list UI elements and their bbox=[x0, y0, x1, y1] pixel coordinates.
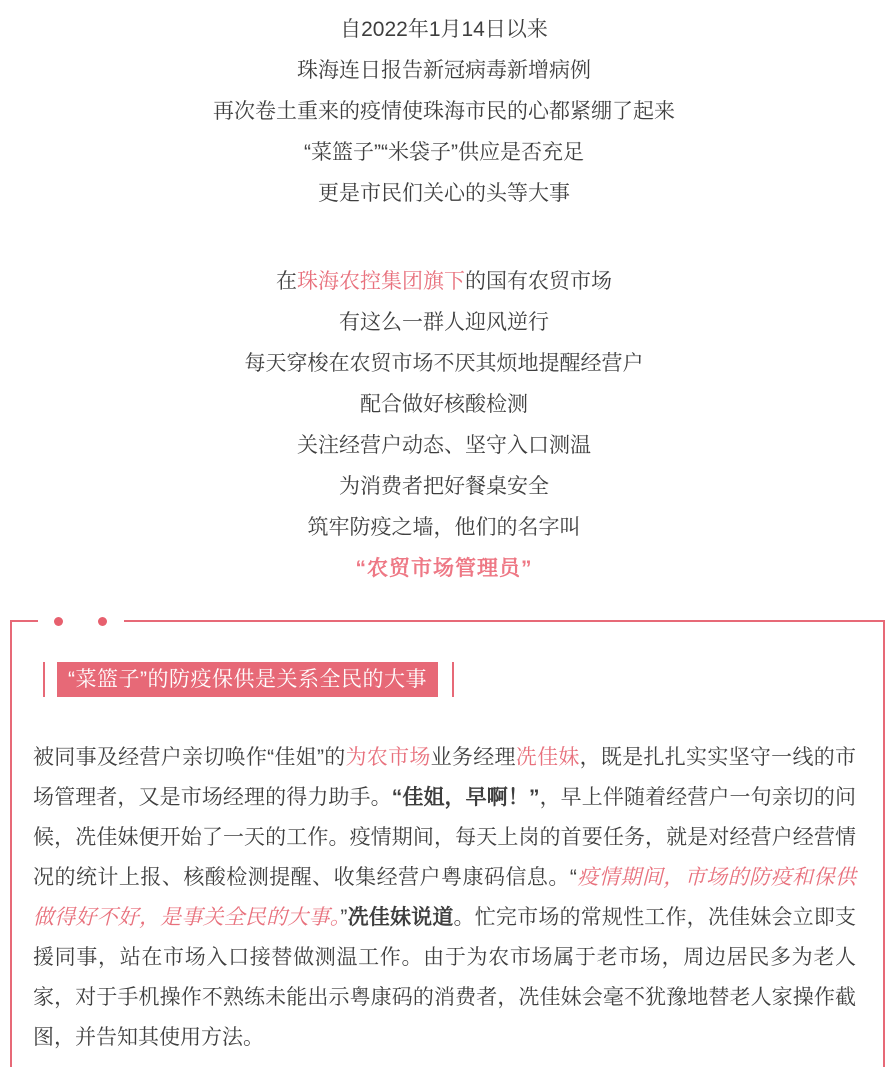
intro-block-2: 在珠海农控集团旗下的国有农贸市场 有这么一群人迎风逆行每天穿梭在农贸市场不厌其烦… bbox=[0, 261, 888, 589]
text-segment-normal: 的国有农贸市场 bbox=[465, 270, 612, 293]
framed-section: “菜篮子”的防疫保供是关系全民的大事 被同事及经营户亲切唤作“佳姐”的为农市场业… bbox=[10, 620, 885, 1067]
article-page: 自2022年1月14日以来珠海连日报告新冠病毒新增病例再次卷土重来的疫情使珠海市… bbox=[0, 0, 888, 1067]
decorative-dot-1 bbox=[54, 617, 63, 626]
text-line: 配合做好核酸检测 bbox=[0, 384, 888, 425]
decorative-dot-2 bbox=[98, 617, 107, 626]
intro-section: 自2022年1月14日以来珠海连日报告新冠病毒新增病例再次卷土重来的疫情使珠海市… bbox=[0, 0, 888, 589]
article-paragraph: 被同事及经营户亲切唤作“佳姐”的为农市场业务经理冼佳妹，既是扎扎实实坚守一线的市… bbox=[33, 738, 856, 1058]
heading-accent-right bbox=[452, 662, 454, 697]
text-segment-bold: 冼佳妹说道 bbox=[347, 906, 453, 929]
text-segment-bold: “佳姐，早啊！” bbox=[392, 786, 540, 809]
intro-block-1: 自2022年1月14日以来珠海连日报告新冠病毒新增病例再次卷土重来的疫情使珠海市… bbox=[0, 9, 888, 214]
intro-title: “农贸市场管理员” bbox=[0, 548, 888, 589]
section-heading: “菜篮子”的防疫保供是关系全民的大事 bbox=[57, 662, 438, 697]
frame-top-line-left bbox=[10, 620, 38, 622]
text-segment-normal: 被同事及经营户亲切唤作“佳姐”的 bbox=[33, 746, 346, 769]
text-line: 有这么一群人迎风逆行 bbox=[0, 302, 888, 343]
text-line: 筑牢防疫之墙，他们的名字叫 bbox=[0, 507, 888, 548]
text-segment-normal: 在 bbox=[276, 270, 297, 293]
intro-highlighted-line: 在珠海农控集团旗下的国有农贸市场 bbox=[0, 261, 888, 302]
section-heading-row: “菜篮子”的防疫保供是关系全民的大事 bbox=[12, 662, 883, 697]
text-line: 珠海连日报告新冠病毒新增病例 bbox=[0, 50, 888, 91]
text-segment-normal: 业务经理 bbox=[431, 746, 516, 769]
text-line: 每天穿梭在农贸市场不厌其烦地提醒经营户 bbox=[0, 343, 888, 384]
text-segment-red: 珠海农控集团旗下 bbox=[297, 270, 465, 293]
frame-top-line-right bbox=[124, 620, 885, 622]
text-line: 为消费者把好餐桌安全 bbox=[0, 466, 888, 507]
text-line: 更是市民们关心的头等大事 bbox=[0, 173, 888, 214]
text-line: 关注经营户动态、坚守入口测温 bbox=[0, 425, 888, 466]
heading-accent-left bbox=[43, 662, 45, 697]
text-line: 再次卷土重来的疫情使珠海市民的心都紧绷了起来 bbox=[0, 91, 888, 132]
text-segment-red: 冼佳妹 bbox=[516, 746, 580, 769]
text-line: 自2022年1月14日以来 bbox=[0, 9, 888, 50]
text-segment-red: 为农市场 bbox=[346, 746, 431, 769]
text-line: “菜篮子”“米袋子”供应是否充足 bbox=[0, 132, 888, 173]
intro-block-2-lines: 有这么一群人迎风逆行每天穿梭在农贸市场不厌其烦地提醒经营户配合做好核酸检测关注经… bbox=[0, 302, 888, 548]
